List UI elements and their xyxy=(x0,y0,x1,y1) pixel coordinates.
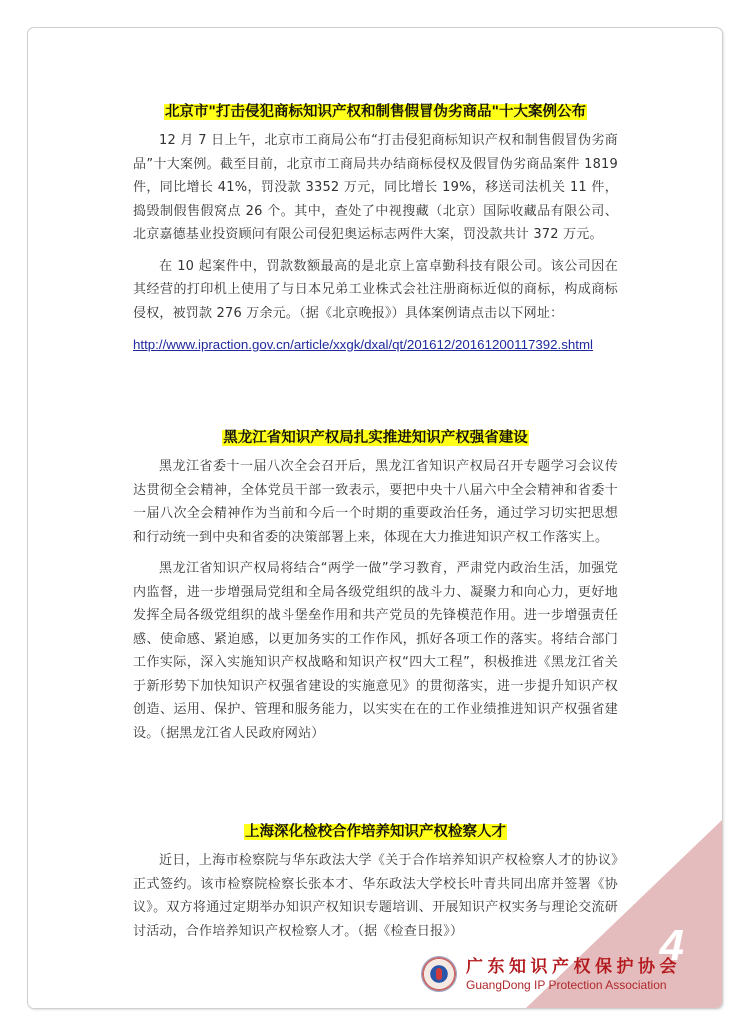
org-name-cn: 广东知识产权保护协会 xyxy=(466,957,681,978)
paragraph: 近日，上海市检察院与华东政法大学《关于合作培养知识产权检察人才的协议》正式签约。… xyxy=(133,849,618,943)
article-content: 北京市"打击侵犯商标知识产权和制售假冒伪劣商品"十大案例公布 12 月 7 日上… xyxy=(133,97,618,943)
org-name-en: GuangDong IP Protection Association xyxy=(466,978,681,992)
section-title-text: 黑龙江省知识产权局扎实推进知识产权强省建设 xyxy=(222,430,529,446)
section-title-text: 上海深化检校合作培养知识产权检察人才 xyxy=(244,824,507,840)
footer-logo: 广东知识产权保护协会 GuangDong IP Protection Assoc… xyxy=(421,956,681,992)
paragraph: 黑龙江省委十一届八次全会召开后，黑龙江省知识产权局召开专题学习会议传达贯彻全会精… xyxy=(133,455,618,549)
section-title: 北京市"打击侵犯商标知识产权和制售假冒伪劣商品"十大案例公布 xyxy=(133,97,618,123)
news-section-heilongjiang: 黑龙江省知识产权局扎实推进知识产权强省建设 黑龙江省委十一届八次全会召开后，黑龙… xyxy=(133,423,618,745)
paragraph: 在 10 起案件中，罚款数额最高的是北京上富卓勤科技有限公司。该公司因在其经营的… xyxy=(133,255,618,326)
paragraph: 黑龙江省知识产权局将结合“两学一做”学习教育，严肃党内政治生活，加强党内监督，进… xyxy=(133,557,618,745)
section-title: 黑龙江省知识产权局扎实推进知识产权强省建设 xyxy=(133,423,618,449)
org-name-block: 广东知识产权保护协会 GuangDong IP Protection Assoc… xyxy=(466,957,681,992)
section-title: 上海深化检校合作培养知识产权检察人才 xyxy=(133,817,618,843)
news-section-shanghai: 上海深化检校合作培养知识产权检察人才 近日，上海市检察院与华东政法大学《关于合作… xyxy=(133,817,618,943)
association-emblem-icon xyxy=(421,956,457,992)
section-title-text: 北京市"打击侵犯商标知识产权和制售假冒伪劣商品"十大案例公布 xyxy=(164,104,587,120)
news-section-beijing: 北京市"打击侵犯商标知识产权和制售假冒伪劣商品"十大案例公布 12 月 7 日上… xyxy=(133,97,618,356)
case-link[interactable]: http://www.ipraction.gov.cn/article/xxgk… xyxy=(133,334,618,356)
paragraph: 12 月 7 日上午，北京市工商局公布“打击侵犯商标知识产权和制售假冒伪劣商品”… xyxy=(133,129,618,247)
